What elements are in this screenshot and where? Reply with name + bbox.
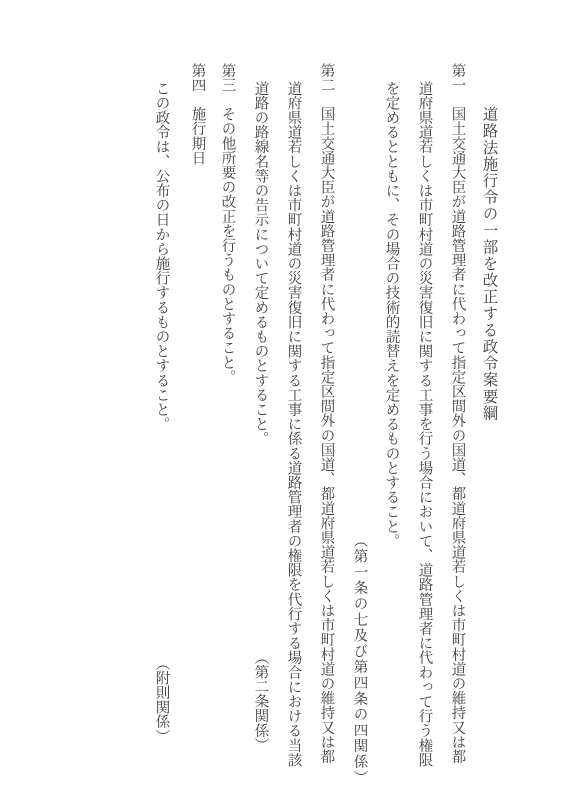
section1-heading-line: 第一 国土交通大臣が道路管理者に代わって指定区間外の国道、都道府県道若しくは市町… bbox=[450, 63, 465, 764]
section2-reference-note: （第二条関係） bbox=[253, 650, 268, 752]
section2-heading-line: 第二 国土交通大臣が道路管理者に代わって指定区間外の国道、都道府県道若しくは市町… bbox=[319, 63, 334, 764]
section4-reference-note: （附則関係） bbox=[154, 656, 169, 744]
document-title: 道路法施行令の一部を改正する政令案要綱 bbox=[481, 106, 497, 421]
section4-body-line: この政令は、公布の日から施行するものとすること。 bbox=[154, 81, 169, 431]
section2-body-line: 道路の路線名等の告示について定めるものとすること。 bbox=[253, 81, 268, 446]
section1-reference-note: （第一条の七及び第四条の四関係） bbox=[352, 533, 367, 786]
section2-body-line: 道府県道若しくは市町村道の災害復旧に関する工事に係る道路管理者の権限を代行する場… bbox=[286, 81, 301, 767]
section3-line: 第三 その他所要の改正を行うものとすること。 bbox=[220, 63, 235, 384]
section1-body-line: 道府県道若しくは市町村道の災害復旧に関する工事を行う場合において、道路管理者に代… bbox=[417, 81, 432, 767]
document-page: 道路法施行令の一部を改正する政令案要綱 第一 国土交通大臣が道路管理者に代わって… bbox=[0, 0, 566, 800]
section1-body-line: を定めるとともに、その場合の技術的読替えを定めるものとすること。 bbox=[384, 81, 399, 548]
section4-heading: 第四 施行期日 bbox=[190, 63, 205, 165]
